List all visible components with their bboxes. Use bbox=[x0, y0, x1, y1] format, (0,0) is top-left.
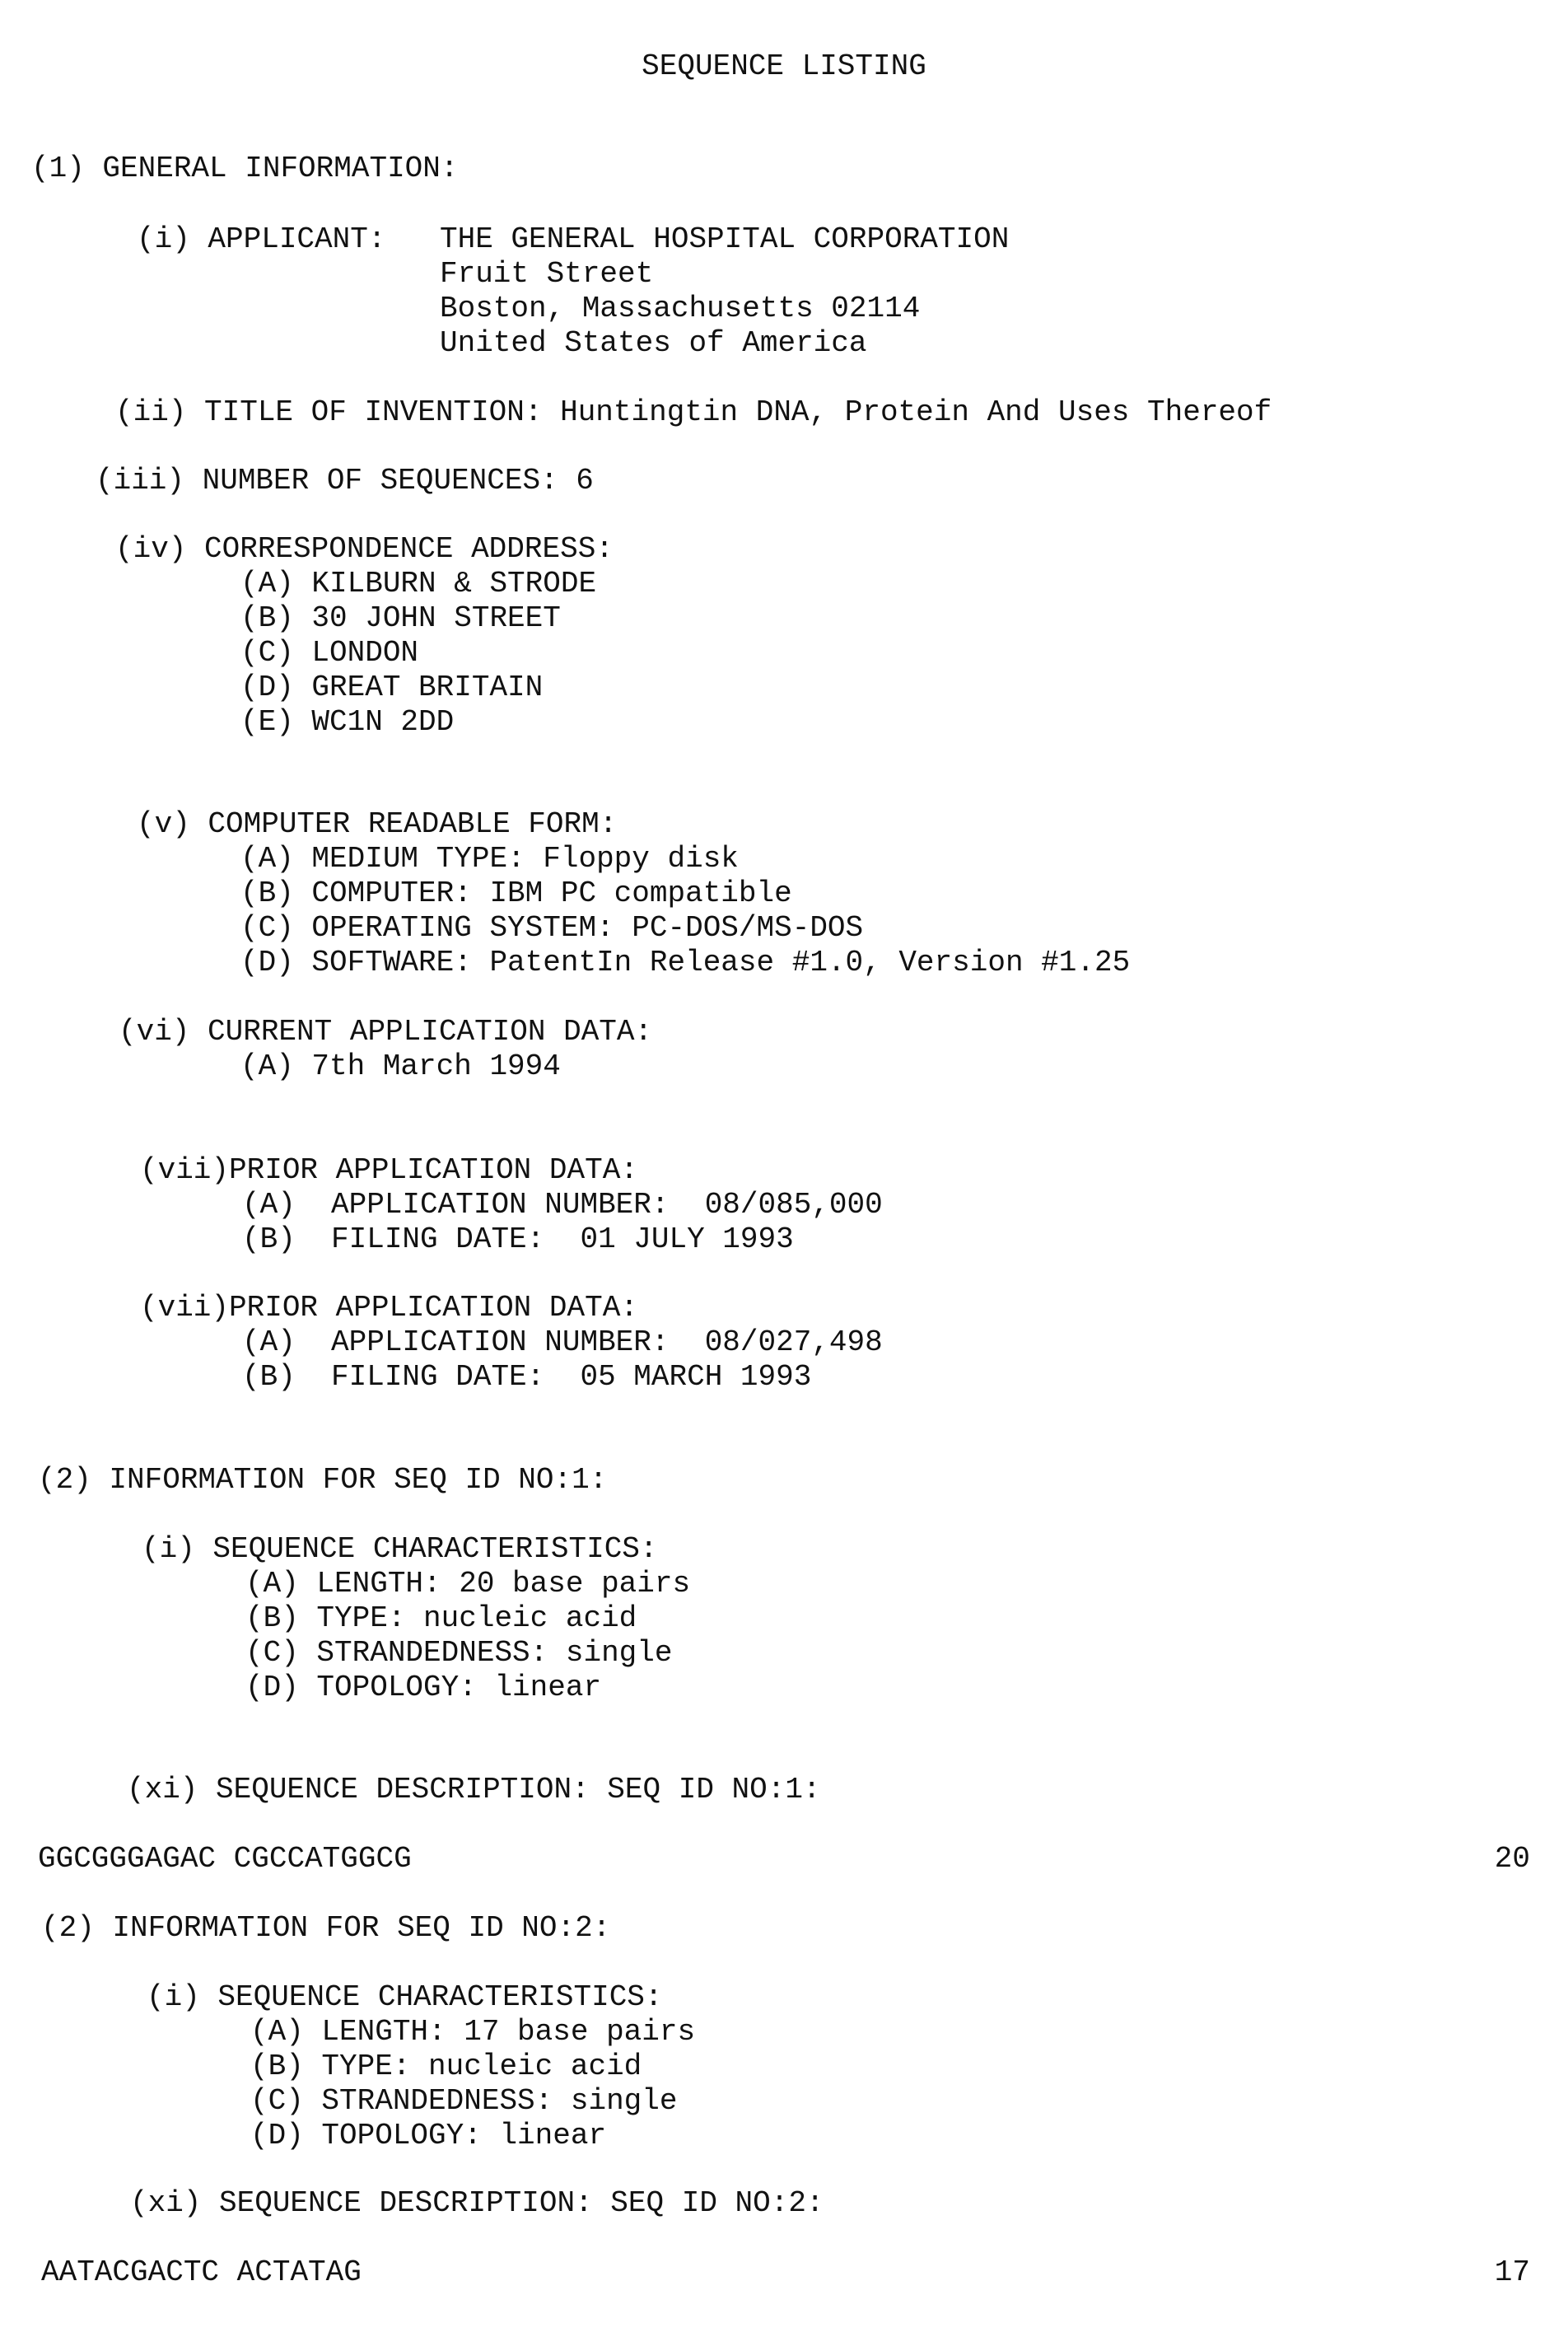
applicant-label: (i) APPLICANT: bbox=[137, 222, 385, 257]
seq2-char-line: (A) LENGTH: 17 base pairs bbox=[250, 2015, 695, 2050]
seq1-char-line: (C) STRANDEDNESS: single bbox=[245, 1636, 672, 1671]
applicant-street: Fruit Street bbox=[440, 257, 653, 292]
seq2-char-line: (B) TYPE: nucleic acid bbox=[250, 2050, 642, 2084]
number-of-sequences: (iii) NUMBER OF SEQUENCES: 6 bbox=[96, 464, 594, 498]
seq1-heading: (2) INFORMATION FOR SEQ ID NO:1: bbox=[38, 1463, 607, 1498]
prior-app-line: (A) APPLICATION NUMBER: 08/027,498 bbox=[242, 1325, 883, 1360]
prior-app-line: (B) FILING DATE: 05 MARCH 1993 bbox=[242, 1360, 811, 1395]
page-title: SEQUENCE LISTING bbox=[0, 49, 1568, 84]
applicant-country: United States of America bbox=[440, 326, 866, 361]
seq1-char-line: (D) TOPOLOGY: linear bbox=[245, 1671, 601, 1705]
prior-app-heading: (vii)PRIOR APPLICATION DATA: bbox=[140, 1153, 638, 1188]
seq2-char-line: (C) STRANDEDNESS: single bbox=[250, 2084, 677, 2119]
correspondence-line: (E) WC1N 2DD bbox=[240, 705, 454, 740]
seq1-char-heading: (i) SEQUENCE CHARACTERISTICS: bbox=[142, 1532, 658, 1567]
applicant-name: THE GENERAL HOSPITAL CORPORATION bbox=[440, 222, 1009, 257]
seq2-char-heading: (i) SEQUENCE CHARACTERISTICS: bbox=[147, 1980, 663, 2015]
seq1-description: (xi) SEQUENCE DESCRIPTION: SEQ ID NO:1: bbox=[127, 1773, 821, 1807]
seq2-heading: (2) INFORMATION FOR SEQ ID NO:2: bbox=[41, 1911, 610, 1946]
prior-app-heading: (vii)PRIOR APPLICATION DATA: bbox=[140, 1291, 638, 1325]
current-app-heading: (vi) CURRENT APPLICATION DATA: bbox=[119, 1015, 652, 1049]
correspondence-line: (C) LONDON bbox=[240, 636, 418, 671]
correspondence-line: (D) GREAT BRITAIN bbox=[240, 671, 543, 705]
prior-app-line: (B) FILING DATE: 01 JULY 1993 bbox=[242, 1222, 794, 1257]
general-info-heading: (1) GENERAL INFORMATION: bbox=[31, 152, 458, 186]
computer-form-heading: (v) COMPUTER READABLE FORM: bbox=[137, 807, 617, 842]
correspondence-line: (B) 30 JOHN STREET bbox=[240, 601, 561, 636]
seq1-sequence: GGCGGGAGAC CGCCATGGCG bbox=[38, 1842, 412, 1877]
seq2-char-line: (D) TOPOLOGY: linear bbox=[250, 2119, 606, 2153]
seq1-char-line: (B) TYPE: nucleic acid bbox=[245, 1601, 637, 1636]
applicant-city: Boston, Massachusetts 02114 bbox=[440, 292, 920, 326]
seq1-char-line: (A) LENGTH: 20 base pairs bbox=[245, 1567, 690, 1601]
computer-form-line: (B) COMPUTER: IBM PC compatible bbox=[240, 876, 792, 911]
title-of-invention: (ii) TITLE OF INVENTION: Huntingtin DNA,… bbox=[115, 395, 1272, 430]
seq2-description: (xi) SEQUENCE DESCRIPTION: SEQ ID NO:2: bbox=[130, 2186, 824, 2221]
seq2-count: 17 bbox=[1495, 2255, 1530, 2290]
computer-form-line: (D) SOFTWARE: PatentIn Release #1.0, Ver… bbox=[240, 946, 1130, 980]
correspondence-line: (A) KILBURN & STRODE bbox=[240, 567, 596, 601]
seq2-sequence: AATACGACTC ACTATAG bbox=[41, 2255, 362, 2290]
seq1-count: 20 bbox=[1495, 1842, 1530, 1877]
prior-app-line: (A) APPLICATION NUMBER: 08/085,000 bbox=[242, 1188, 883, 1222]
current-app-line: (A) 7th March 1994 bbox=[240, 1049, 561, 1084]
computer-form-line: (C) OPERATING SYSTEM: PC-DOS/MS-DOS bbox=[240, 911, 863, 946]
computer-form-line: (A) MEDIUM TYPE: Floppy disk bbox=[240, 842, 739, 876]
correspondence-heading: (iv) CORRESPONDENCE ADDRESS: bbox=[115, 532, 614, 567]
